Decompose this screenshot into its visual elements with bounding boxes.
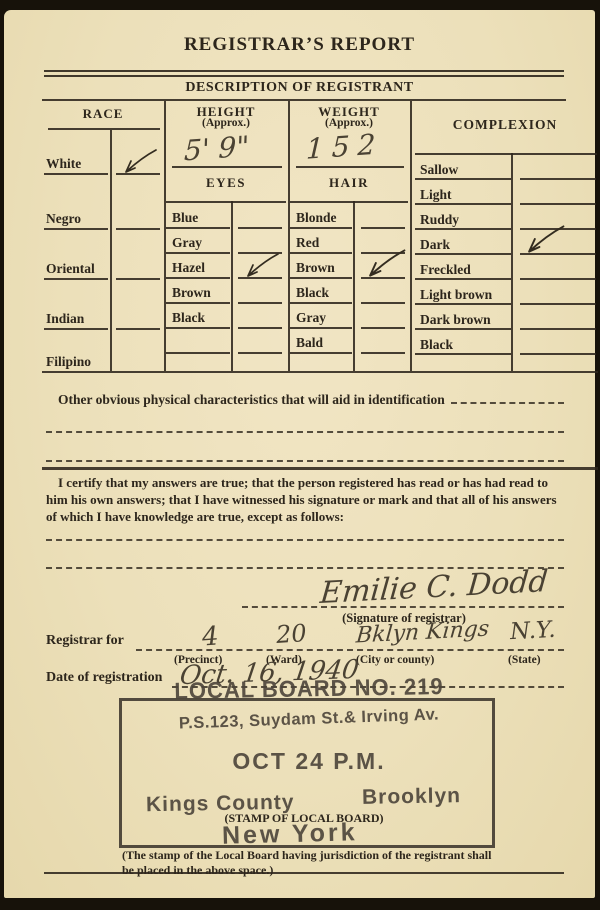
complexion-line bbox=[415, 328, 511, 330]
eyes-line bbox=[166, 277, 230, 279]
eyes-check-line bbox=[238, 227, 282, 229]
hair-line bbox=[290, 277, 352, 279]
certification-text: I certify that my answers are true; that… bbox=[46, 475, 566, 526]
complexion-check-line bbox=[520, 278, 596, 280]
hair-top-line bbox=[290, 201, 408, 203]
hair-option: Bald bbox=[296, 335, 323, 351]
table-divider bbox=[410, 101, 412, 371]
eyes-option: Hazel bbox=[172, 260, 205, 276]
race-option-filipino: Filipino bbox=[46, 354, 91, 370]
eyes-option: Brown bbox=[172, 285, 211, 301]
eyes-check-divider bbox=[231, 201, 233, 371]
complexion-option: Light bbox=[420, 187, 452, 203]
complexion-option: Dark brown bbox=[420, 312, 491, 328]
stamp-city: Brooklyn bbox=[362, 784, 461, 810]
page-title: REGISTRAR’S REPORT bbox=[4, 34, 595, 56]
complexion-option: Light brown bbox=[420, 287, 492, 303]
bottom-rule bbox=[44, 872, 564, 874]
hair-option: Gray bbox=[296, 310, 326, 326]
hair-option: Brown bbox=[296, 260, 335, 276]
complexion-check-line bbox=[520, 353, 596, 355]
dashed-fill-line bbox=[451, 402, 564, 404]
hair-line bbox=[290, 327, 352, 329]
hair-option: Red bbox=[296, 235, 319, 251]
race-header: RACE bbox=[44, 106, 162, 122]
race-option-indian: Indian bbox=[46, 311, 84, 327]
eyes-line bbox=[166, 227, 230, 229]
complexion-check-divider bbox=[511, 153, 513, 371]
dashed-line bbox=[46, 431, 564, 433]
complexion-option: Freckled bbox=[420, 262, 471, 278]
hair-line bbox=[290, 227, 352, 229]
table-divider bbox=[164, 101, 166, 371]
double-rule bbox=[44, 70, 564, 77]
complexion-top-line bbox=[415, 153, 597, 155]
stamp-date-line: OCT 24 P.M. bbox=[174, 748, 444, 775]
checkmark-icon bbox=[117, 147, 161, 175]
checkmark-icon bbox=[516, 223, 572, 255]
eyes-check-line bbox=[238, 352, 282, 354]
complexion-option: Ruddy bbox=[420, 212, 459, 228]
state-value: N.Y. bbox=[509, 617, 556, 645]
complexion-header: COMPLEXION bbox=[412, 117, 598, 133]
eyes-top-line bbox=[166, 201, 286, 203]
hair-check-line bbox=[361, 352, 405, 354]
hair-option: Blonde bbox=[296, 210, 337, 226]
other-characteristics-row: Other obvious physical characteristics t… bbox=[58, 392, 564, 408]
race-header-underline bbox=[48, 128, 160, 130]
checkmark-icon bbox=[237, 251, 285, 279]
dashed-line bbox=[46, 460, 564, 462]
eyes-header: EYES bbox=[166, 175, 286, 191]
registrars-report-card: REGISTRAR’S REPORT DESCRIPTION OF REGIST… bbox=[4, 10, 595, 898]
ward-value: 20 bbox=[275, 619, 307, 649]
eyes-line bbox=[166, 302, 230, 304]
height-approx-label: (Approx.) bbox=[166, 117, 286, 129]
weight-value: 152 bbox=[306, 127, 384, 166]
race-option-negro: Negro bbox=[46, 211, 81, 227]
stamp-state: New York bbox=[222, 818, 358, 851]
section-title: DESCRIPTION OF REGISTRANT bbox=[4, 80, 595, 96]
scanned-registration-card: REGISTRAR’S REPORT DESCRIPTION OF REGIST… bbox=[0, 0, 600, 910]
race-check-divider bbox=[110, 130, 112, 371]
race-option-white: White bbox=[46, 156, 81, 172]
complexion-option: Black bbox=[420, 337, 453, 353]
dashed-line bbox=[46, 539, 564, 541]
complexion-check-line bbox=[520, 303, 596, 305]
rule bbox=[42, 99, 566, 101]
race-option-oriental: Oriental bbox=[46, 261, 95, 277]
eyes-option: Black bbox=[172, 310, 205, 326]
complexion-line bbox=[415, 178, 511, 180]
complexion-option: Sallow bbox=[420, 162, 458, 178]
table-bottom-rule bbox=[42, 371, 598, 373]
stamp-board-line: LOCAL BOARD NO. 219 bbox=[144, 672, 474, 705]
complexion-line bbox=[415, 253, 511, 255]
complexion-option: Dark bbox=[420, 237, 450, 253]
complexion-line bbox=[415, 278, 511, 280]
other-characteristics-label: Other obvious physical characteristics t… bbox=[58, 392, 445, 408]
hair-check-line bbox=[361, 302, 405, 304]
complexion-check-line bbox=[520, 203, 596, 205]
eyes-option: Blue bbox=[172, 210, 198, 226]
hair-line bbox=[290, 302, 352, 304]
signature-line bbox=[242, 606, 564, 608]
race-check-line bbox=[116, 278, 160, 280]
table-divider bbox=[288, 101, 290, 371]
race-line bbox=[44, 228, 108, 230]
weight-approx-label: (Approx.) bbox=[290, 117, 408, 129]
eyes-option: Gray bbox=[172, 235, 202, 251]
complexion-check-line bbox=[520, 328, 596, 330]
complexion-line bbox=[415, 203, 511, 205]
race-line bbox=[44, 278, 108, 280]
height-value-line bbox=[172, 166, 282, 168]
complexion-check-line bbox=[520, 178, 596, 180]
hair-line bbox=[290, 252, 352, 254]
state-caption: (State) bbox=[508, 654, 541, 666]
race-line bbox=[44, 173, 108, 175]
registrar-for-line bbox=[136, 649, 564, 651]
eyes-line bbox=[166, 327, 230, 329]
complexion-line bbox=[415, 303, 511, 305]
weight-value-line bbox=[296, 166, 404, 168]
checkmark-icon bbox=[359, 247, 411, 279]
complexion-line bbox=[415, 353, 511, 355]
eyes-check-line bbox=[238, 302, 282, 304]
precinct-value: 4 bbox=[201, 621, 220, 652]
hair-option: Black bbox=[296, 285, 329, 301]
eyes-line bbox=[166, 352, 230, 354]
section-rule bbox=[42, 467, 598, 470]
race-check-line bbox=[116, 228, 160, 230]
race-check-line bbox=[116, 328, 160, 330]
city-county-caption: (City or county) bbox=[356, 654, 434, 666]
eyes-line bbox=[166, 252, 230, 254]
hair-line bbox=[290, 352, 352, 354]
hair-header: HAIR bbox=[290, 175, 408, 191]
complexion-line bbox=[415, 228, 511, 230]
hair-check-divider bbox=[353, 201, 355, 371]
hair-check-line bbox=[361, 227, 405, 229]
height-value: 5' 9" bbox=[184, 130, 250, 168]
registrar-for-label: Registrar for bbox=[46, 633, 124, 649]
race-line bbox=[44, 328, 108, 330]
eyes-check-line bbox=[238, 327, 282, 329]
hair-check-line bbox=[361, 327, 405, 329]
